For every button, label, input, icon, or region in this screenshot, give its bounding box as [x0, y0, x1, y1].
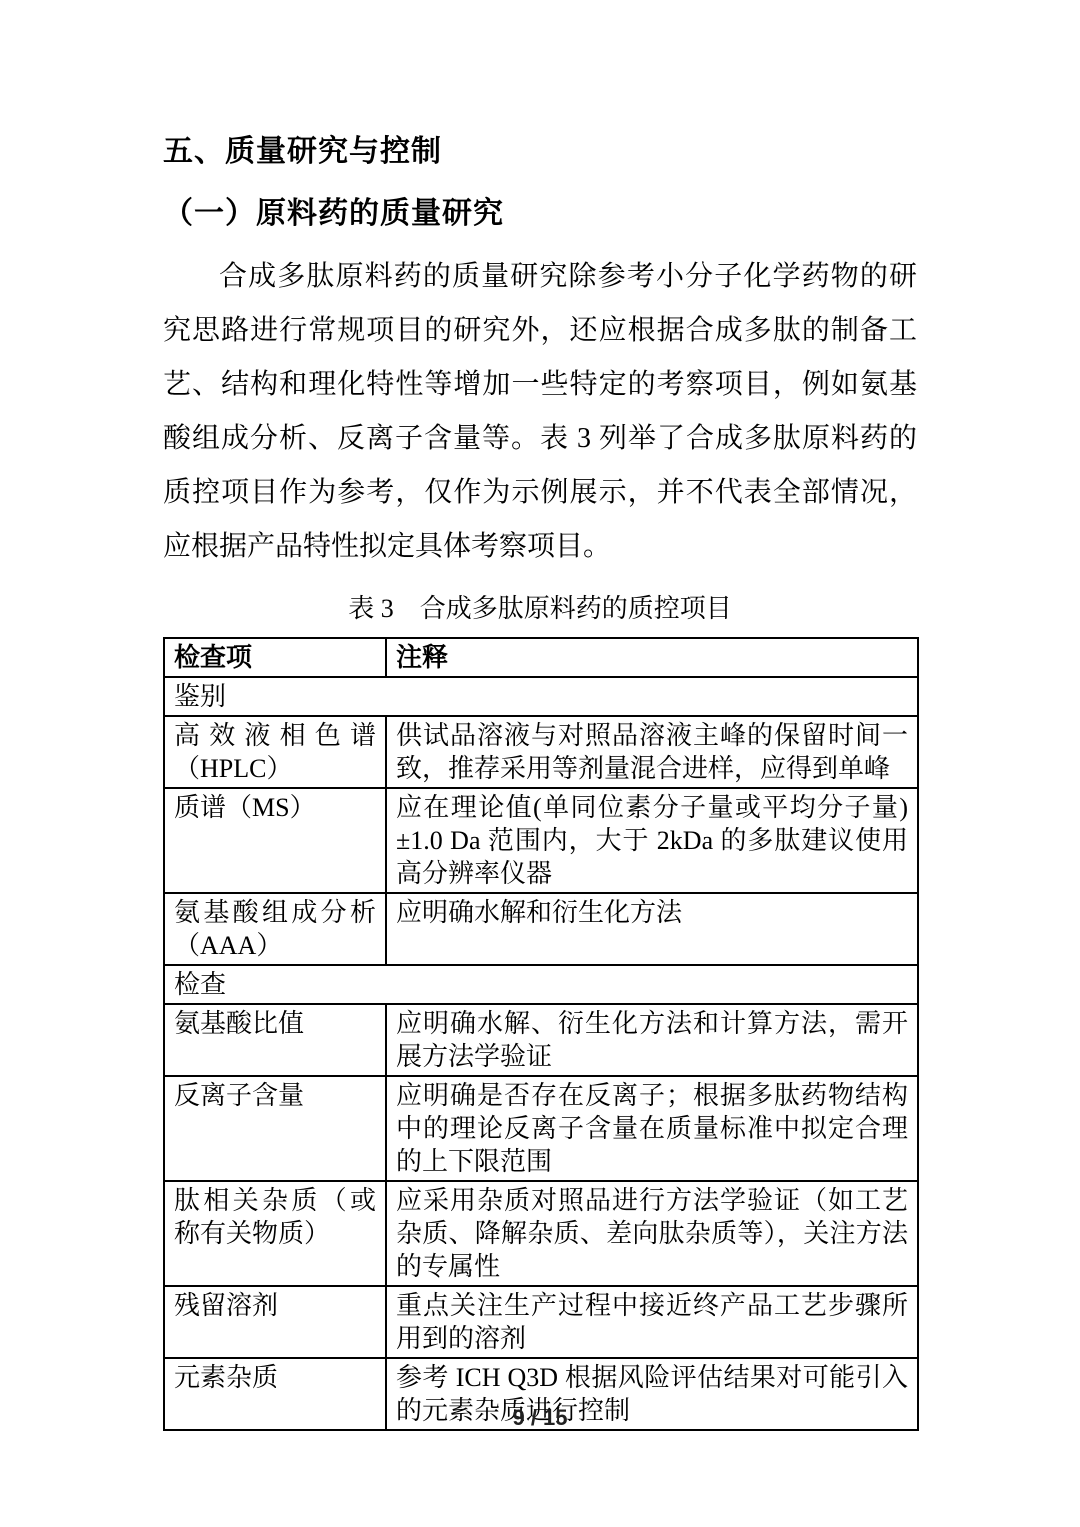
subsection-heading: （一）原料药的质量研究 — [163, 194, 917, 234]
table-section-row: 检查 — [164, 965, 918, 1004]
item-cell: 质谱（MS） — [164, 788, 386, 893]
table-row: 高效液相色谱（HPLC） 供试品溶液与对照品溶液主峰的保留时间一致，推荐采用等剂… — [164, 716, 918, 788]
table-section-row: 鉴别 — [164, 677, 918, 716]
item-cell: 肽相关杂质（或称有关物质） — [164, 1181, 386, 1286]
item-cell: 高效液相色谱（HPLC） — [164, 716, 386, 788]
item-cell: 残留溶剂 — [164, 1286, 386, 1358]
section-heading: 五、质量研究与控制 — [163, 132, 917, 172]
body-paragraph: 合成多肽原料药的质量研究除参考小分子化学药物的研究思路进行常规项目的研究外，还应… — [163, 250, 917, 574]
column-header-note: 注释 — [386, 638, 918, 677]
note-cell: 应采用杂质对照品进行方法学验证（如工艺杂质、降解杂质、差向肽杂质等），关注方法的… — [386, 1181, 918, 1286]
table-row: 氨基酸组成分析（AAA） 应明确水解和衍生化方法 — [164, 893, 918, 965]
item-cell: 反离子含量 — [164, 1076, 386, 1181]
page-number: 9 / 15 — [0, 1405, 1080, 1431]
item-cell: 氨基酸比值 — [164, 1004, 386, 1076]
table-row: 反离子含量 应明确是否存在反离子；根据多肽药物结构中的理论反离子含量在质量标准中… — [164, 1076, 918, 1181]
note-cell: 应明确水解、衍生化方法和计算方法，需开展方法学验证 — [386, 1004, 918, 1076]
section-label: 检查 — [164, 965, 918, 1004]
section-label: 鉴别 — [164, 677, 918, 716]
table-caption: 表 3 合成多肽原料药的质控项目 — [163, 588, 917, 625]
note-cell: 应明确是否存在反离子；根据多肽药物结构中的理论反离子含量在质量标准中拟定合理的上… — [386, 1076, 918, 1181]
table-row: 氨基酸比值 应明确水解、衍生化方法和计算方法，需开展方法学验证 — [164, 1004, 918, 1076]
item-cell: 氨基酸组成分析（AAA） — [164, 893, 386, 965]
note-cell: 重点关注生产过程中接近终产品工艺步骤所用到的溶剂 — [386, 1286, 918, 1358]
note-cell: 供试品溶液与对照品溶液主峰的保留时间一致，推荐采用等剂量混合进样，应得到单峰 — [386, 716, 918, 788]
column-header-item: 检查项 — [164, 638, 386, 677]
qc-items-table: 检查项 注释 鉴别 高效液相色谱（HPLC） 供试品溶液与对照品溶液主峰的保留时… — [163, 637, 919, 1431]
document-page: 五、质量研究与控制 （一）原料药的质量研究 合成多肽原料药的质量研究除参考小分子… — [0, 0, 1080, 1527]
note-cell: 应在理论值(单同位素分子量或平均分子量)±1.0 Da 范围内，大于 2kDa … — [386, 788, 918, 893]
table-row: 质谱（MS） 应在理论值(单同位素分子量或平均分子量)±1.0 Da 范围内，大… — [164, 788, 918, 893]
table-row: 残留溶剂 重点关注生产过程中接近终产品工艺步骤所用到的溶剂 — [164, 1286, 918, 1358]
table-header-row: 检查项 注释 — [164, 638, 918, 677]
note-cell: 应明确水解和衍生化方法 — [386, 893, 918, 965]
table-row: 肽相关杂质（或称有关物质） 应采用杂质对照品进行方法学验证（如工艺杂质、降解杂质… — [164, 1181, 918, 1286]
